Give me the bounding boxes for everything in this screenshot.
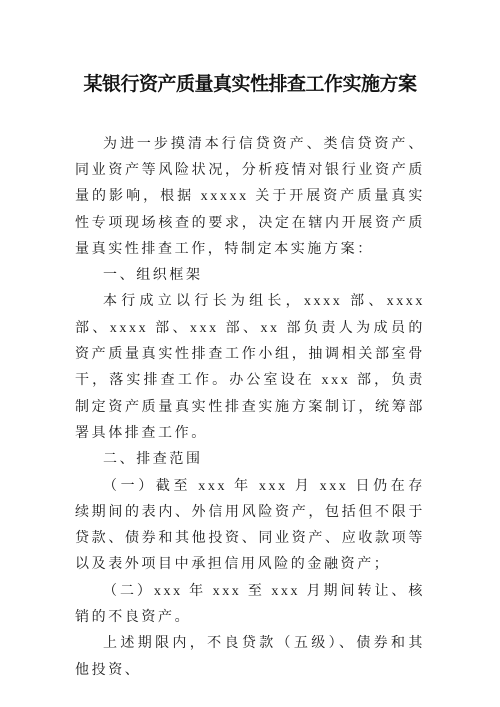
paragraph-scope-item-1: （一）截至 xxx 年 xxx 月 xxx 日仍在存续期间的表内、外信用风险资产…: [75, 474, 425, 579]
paragraph-intro: 为进一步摸清本行信贷资产、类信贷资产、同业资产等风险状况，分析疫情对银行业资产质…: [75, 132, 425, 263]
paragraph-scope-item-2: （二）xxx 年 xxx 至 xxx 月期间转让、核销的不良资产。: [75, 579, 425, 632]
paragraph-organization: 本行成立以行长为组长，xxxx 部、xxxx 部、xxxx 部、xxx 部、xx…: [75, 289, 425, 447]
section-heading-1: 一、组织框架: [75, 263, 425, 289]
document-page: 某银行资产质量真实性排查工作实施方案 为进一步摸清本行信贷资产、类信贷资产、同业…: [0, 0, 500, 707]
document-title: 某银行资产质量真实性排查工作实施方案: [75, 72, 425, 98]
paragraph-scope-note: 上述期限内，不良贷款（五级）、债券和其他投资、: [75, 631, 425, 684]
section-heading-2: 二、排查范围: [75, 447, 425, 473]
